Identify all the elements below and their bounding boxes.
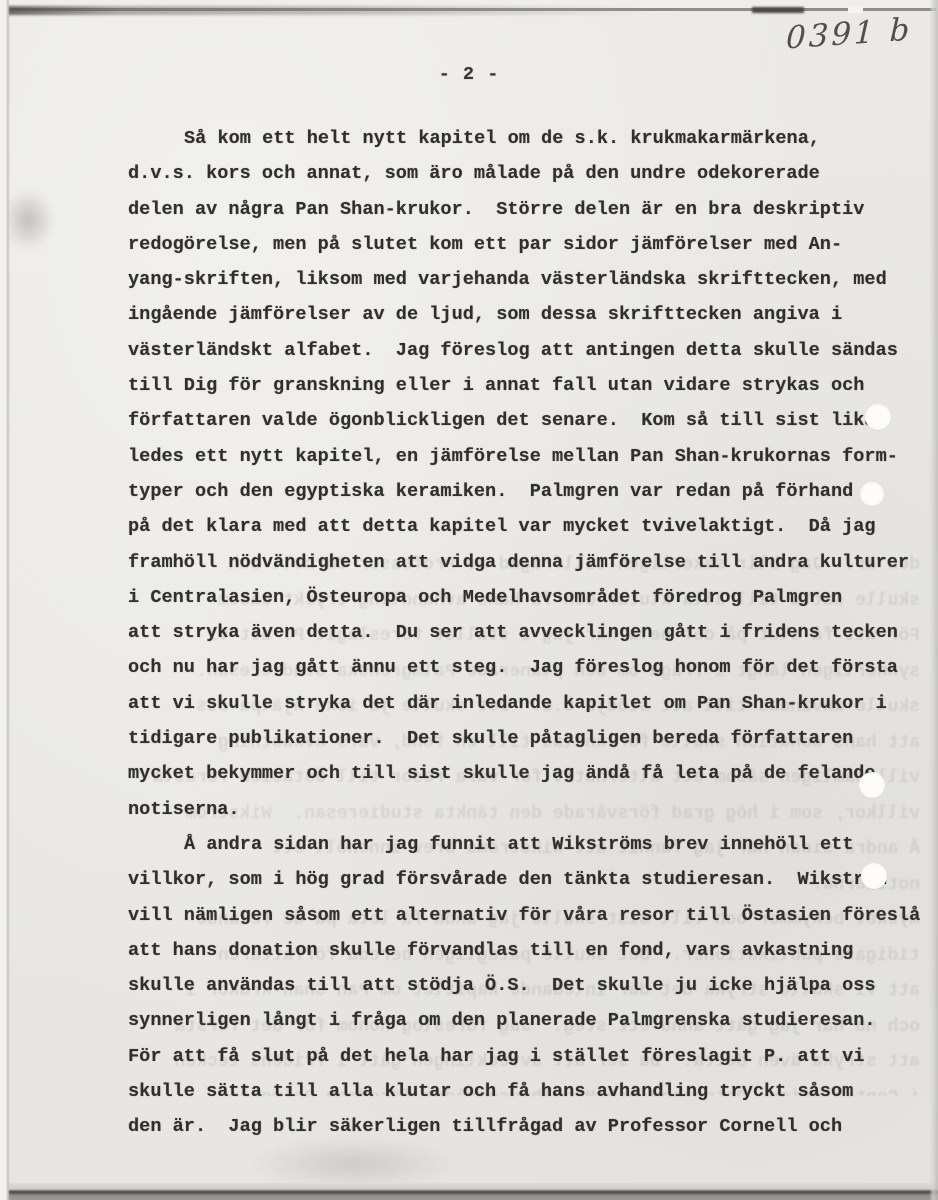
archival-number: 0391 b — [786, 11, 914, 56]
letter-line: och nu har jag gått ännu ett steg. Jag f… — [128, 650, 920, 685]
page-number: - 2 - — [0, 64, 938, 85]
scanned-page: den är. Jag blir säkerligen tillfrågad a… — [0, 0, 938, 1200]
letter-line: att hans donation skulle förvandlas till… — [128, 933, 920, 968]
letter-line: ledes ett nytt kapitel, en jämförelse me… — [128, 439, 920, 474]
letter-line: delen av några Pan Shan-krukor. Större d… — [128, 192, 920, 227]
punch-hole — [865, 404, 891, 430]
letter-line: Så kom ett helt nytt kapitel om de s.k. … — [128, 121, 920, 156]
letter-line: notiserna. — [128, 792, 920, 827]
letter-line: författaren valde ögonblickligen det sen… — [128, 403, 920, 438]
letter-line: typer och den egyptiska keramiken. Palmg… — [128, 474, 920, 509]
letter-line: ingående jämförelser av de ljud, som des… — [128, 297, 920, 332]
letter-line: till Dig för granskning eller i annat fa… — [128, 368, 920, 403]
punch-hole — [861, 863, 887, 889]
scan-artifact-dark-patch — [752, 7, 804, 13]
paper-left-edge — [0, 0, 10, 1200]
punch-hole — [859, 772, 885, 798]
paper-right-edge — [929, 0, 938, 1200]
letter-line: skulle användas till att stödja Ö.S. Det… — [128, 968, 920, 1003]
scan-artifact-top-streak — [4, 6, 644, 15]
letter-line: på det klara med att detta kapitel var m… — [128, 509, 920, 544]
letter-line: mycket bekymmer och till sist skulle jag… — [128, 756, 920, 791]
letter-line: synnerligen långt i fråga om den planera… — [128, 1003, 920, 1038]
letter-line: att stryka även detta. Du ser att avveck… — [128, 615, 920, 650]
letter-line: vill nämligen såsom ett alternativ för v… — [128, 898, 920, 933]
letter-line: redogörelse, men på slutet kom ett par s… — [128, 227, 920, 262]
letter-body: Så kom ett helt nytt kapitel om de s.k. … — [128, 121, 920, 1145]
letter-line: villkor, som i hög grad försvårade den t… — [128, 862, 920, 897]
letter-line: i Centralasien, Östeuropa och Medelhavso… — [128, 580, 920, 615]
letter-line: Å andra sidan har jag funnit att Wikströ… — [128, 827, 920, 862]
punch-hole — [860, 482, 884, 506]
letter-line: tidigare publikationer. Det skulle påtag… — [128, 721, 920, 756]
letter-line: att vi skulle stryka det där inledande k… — [128, 686, 920, 721]
letter-line: den är. Jag blir säkerligen tillfrågad a… — [128, 1109, 920, 1144]
scan-artifact-notch — [848, 6, 863, 13]
letter-line: d.v.s. kors och annat, som äro målade på… — [128, 156, 920, 191]
letter-line: framhöll nödvändigheten att vidga denna … — [128, 545, 920, 580]
paper-bottom-edge — [0, 1183, 938, 1200]
letter-line: För att få slut på det hela har jag i st… — [128, 1039, 920, 1074]
letter-line: yang-skriften, liksom med varjehanda väs… — [128, 262, 920, 297]
letter-line: västerländskt alfabet. Jag föreslog att … — [128, 333, 920, 368]
letter-line: skulle sätta till alla klutar och få han… — [128, 1074, 920, 1109]
